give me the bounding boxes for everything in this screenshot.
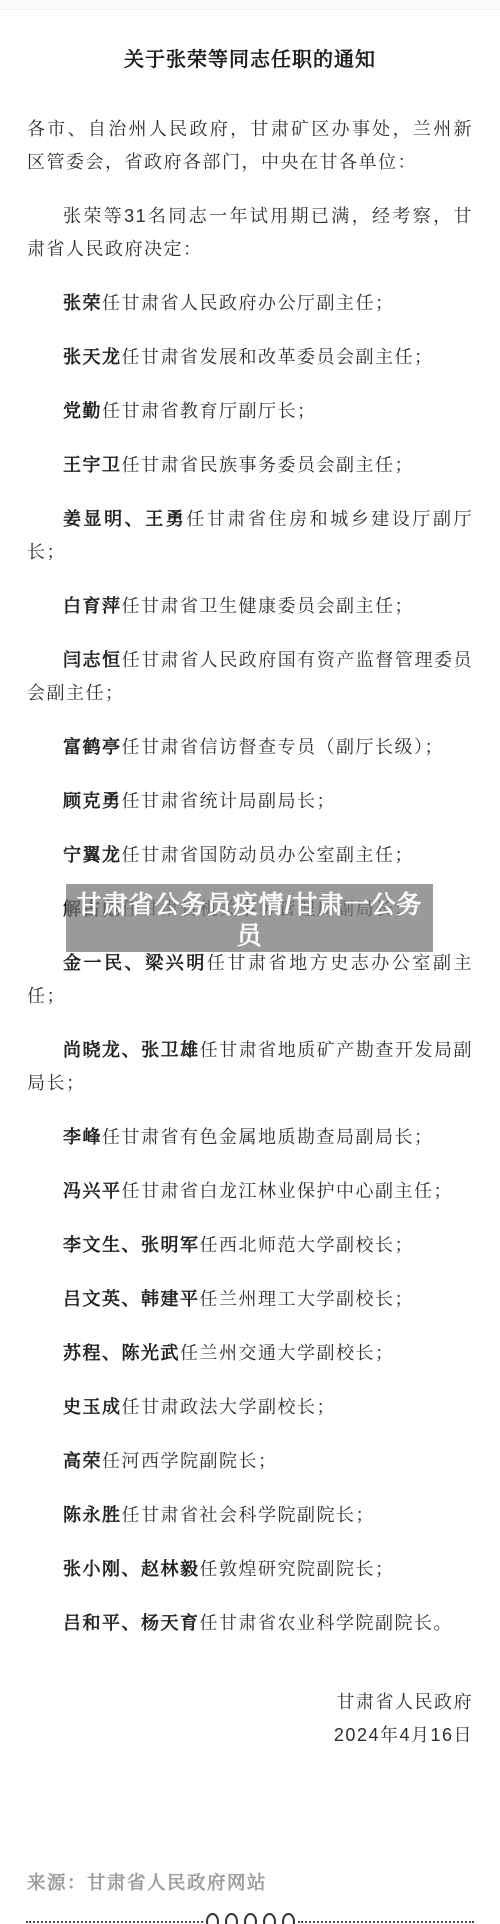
appointee-names: 高荣 (63, 1451, 102, 1471)
appointment-text: 任甘肃省统计局副局长； (122, 791, 337, 811)
appointment-text: 任河西学院副院长； (102, 1451, 278, 1471)
appointment-row: 陈永胜任甘肃省社会科学院副院长； (27, 1499, 473, 1532)
article-page: 关于张荣等同志任职的通知 各市、自治州人民政府，甘肃矿区办事处，兰州新区管委会，… (0, 0, 500, 1924)
appointee-names: 陈永胜 (63, 1505, 122, 1525)
appointment-row: 苏程、陈光武任兰州交通大学副校长； (27, 1337, 473, 1370)
dotted-line-left (26, 1921, 203, 1923)
appointment-row: 顾克勇任甘肃省统计局副局长； (27, 785, 473, 818)
appointment-text: 任甘肃政法大学副校长； (122, 1397, 337, 1417)
appointee-names: 闫志恒 (63, 650, 122, 670)
appointment-row: 吕和平、杨天育任甘肃省农业科学院副院长。 (27, 1607, 473, 1640)
appointment-row: 李文生、张明军任西北师范大学副校长； (27, 1229, 473, 1262)
dotted-line-right (298, 1921, 475, 1923)
divider-circle-icon (244, 1913, 257, 1924)
appointment-text: 任甘肃省白龙江林业保护中心副主任； (122, 1181, 454, 1201)
top-strip (0, 0, 500, 10)
appointment-text: 任甘肃省发展和改革委员会副主任； (122, 347, 434, 367)
salutation-paragraph: 各市、自治州人民政府，甘肃矿区办事处，兰州新区管委会，省政府各部门，中央在甘各单… (27, 113, 473, 179)
appointee-names: 顾克勇 (63, 791, 122, 811)
appointments-list: 张荣任甘肃省人民政府办公厅副主任； 张天龙任甘肃省发展和改革委员会副主任； 党勤… (27, 287, 473, 1640)
appointee-names: 宁翼龙 (63, 845, 122, 865)
appointee-names: 李文生、张明军 (63, 1235, 200, 1255)
appointee-names: 王宇卫 (63, 455, 122, 475)
bottom-divider (26, 1913, 474, 1924)
divider-circles (203, 1913, 298, 1924)
appointment-text: 任西北师范大学副校长； (200, 1235, 415, 1255)
appointment-row: 党勤任甘肃省教育厅副厅长； (27, 395, 473, 428)
appointee-names: 张荣 (63, 293, 102, 313)
divider-circle-icon (282, 1913, 295, 1924)
appointee-names: 金一民、梁兴明 (63, 953, 207, 973)
appointee-names: 史玉成 (63, 1397, 122, 1417)
appointment-text: 任甘肃省国防动员办公室副主任； (122, 845, 415, 865)
signature-block: 甘肃省人民政府 2024年4月16日 (27, 1686, 473, 1752)
appointment-row: 李峰任甘肃省有色金属地质勘查局副局长； (27, 1121, 473, 1154)
appointment-row: 高荣任河西学院副院长； (27, 1445, 473, 1478)
appointment-text: 任甘肃省信访督查专员（副厅长级）； (122, 737, 445, 757)
appointee-names: 尚晓龙、张卫雄 (63, 1040, 200, 1060)
appointee-names: 姜显明、王勇 (63, 509, 186, 529)
notice-document: 关于张荣等同志任职的通知 各市、自治州人民政府，甘肃矿区办事处，兰州新区管委会，… (0, 44, 500, 1752)
appointee-names: 富鹤亭 (63, 737, 122, 757)
appointment-text: 任兰州交通大学副校长； (180, 1343, 395, 1363)
appointee-names: 张小刚、赵林毅 (63, 1559, 200, 1579)
appointment-text: 任兰州理工大学副校长； (200, 1289, 415, 1309)
appointment-text: 任甘肃省卫生健康委员会副主任； (122, 596, 415, 616)
appointment-row: 解占彪任甘肃省机关事务管理局副局长； 甘肃省公务员疫情/甘肃一公务员 (27, 893, 473, 926)
appointee-names: 张天龙 (63, 347, 122, 367)
appointment-row: 富鹤亭任甘肃省信访督查专员（副厅长级）； (27, 731, 473, 764)
source-credit: 来源：甘肃省人民政府网站 (27, 1869, 267, 1895)
appointment-row: 尚晓龙、张卫雄任甘肃省地质矿产勘查开发局副局长； (27, 1034, 473, 1100)
appointee-names: 冯兴平 (63, 1181, 122, 1201)
signature-org: 甘肃省人民政府 (27, 1686, 473, 1719)
appointment-text: 任甘肃省社会科学院副院长； (122, 1505, 376, 1525)
appointee-names: 党勤 (63, 401, 102, 421)
appointment-row: 张小刚、赵林毅任敦煌研究院副院长； (27, 1553, 473, 1586)
appointee-names: 苏程、陈光武 (63, 1343, 180, 1363)
appointment-row: 白育萍任甘肃省卫生健康委员会副主任； (27, 590, 473, 623)
appointee-names: 吕和平、杨天育 (63, 1613, 200, 1633)
appointment-text: 任甘肃省农业科学院副院长。 (200, 1613, 454, 1633)
appointment-row: 宁翼龙任甘肃省国防动员办公室副主任； (27, 839, 473, 872)
appointment-row: 吕文英、韩建平任兰州理工大学副校长； (27, 1283, 473, 1316)
page-title: 关于张荣等同志任职的通知 (27, 44, 473, 77)
divider-circle-icon (206, 1913, 219, 1924)
intro-paragraph: 张荣等31名同志一年试用期已满，经考察，甘肃省人民政府决定： (27, 200, 473, 266)
appointment-text: 任甘肃省民族事务委员会副主任； (122, 455, 415, 475)
appointment-row: 闫志恒任甘肃省人民政府国有资产监督管理委员会副主任； (27, 644, 473, 710)
divider-circle-icon (263, 1913, 276, 1924)
appointee-names: 李峰 (63, 1127, 102, 1147)
appointment-row: 张荣任甘肃省人民政府办公厅副主任； (27, 287, 473, 320)
appointment-row: 张天龙任甘肃省发展和改革委员会副主任； (27, 341, 473, 374)
appointment-row: 冯兴平任甘肃省白龙江林业保护中心副主任； (27, 1175, 473, 1208)
appointment-row: 姜显明、王勇任甘肃省住房和城乡建设厅副厅长； (27, 503, 473, 569)
appointment-row: 史玉成任甘肃政法大学副校长； (27, 1391, 473, 1424)
watermark-overlay: 甘肃省公务员疫情/甘肃一公务员 (66, 884, 433, 952)
appointment-row: 王宇卫任甘肃省民族事务委员会副主任； (27, 449, 473, 482)
appointment-text: 任甘肃省人民政府办公厅副主任； (102, 293, 395, 313)
divider-circle-icon (225, 1913, 238, 1924)
signature-date: 2024年4月16日 (27, 1719, 473, 1752)
appointee-names: 吕文英、韩建平 (63, 1289, 200, 1309)
appointment-text: 任敦煌研究院副院长； (200, 1559, 395, 1579)
appointment-text: 任甘肃省有色金属地质勘查局副局长； (102, 1127, 434, 1147)
appointment-row: 金一民、梁兴明任甘肃省地方史志办公室副主任； (27, 947, 473, 1013)
appointee-names: 白育萍 (63, 596, 122, 616)
appointment-text: 任甘肃省教育厅副厅长； (102, 401, 317, 421)
